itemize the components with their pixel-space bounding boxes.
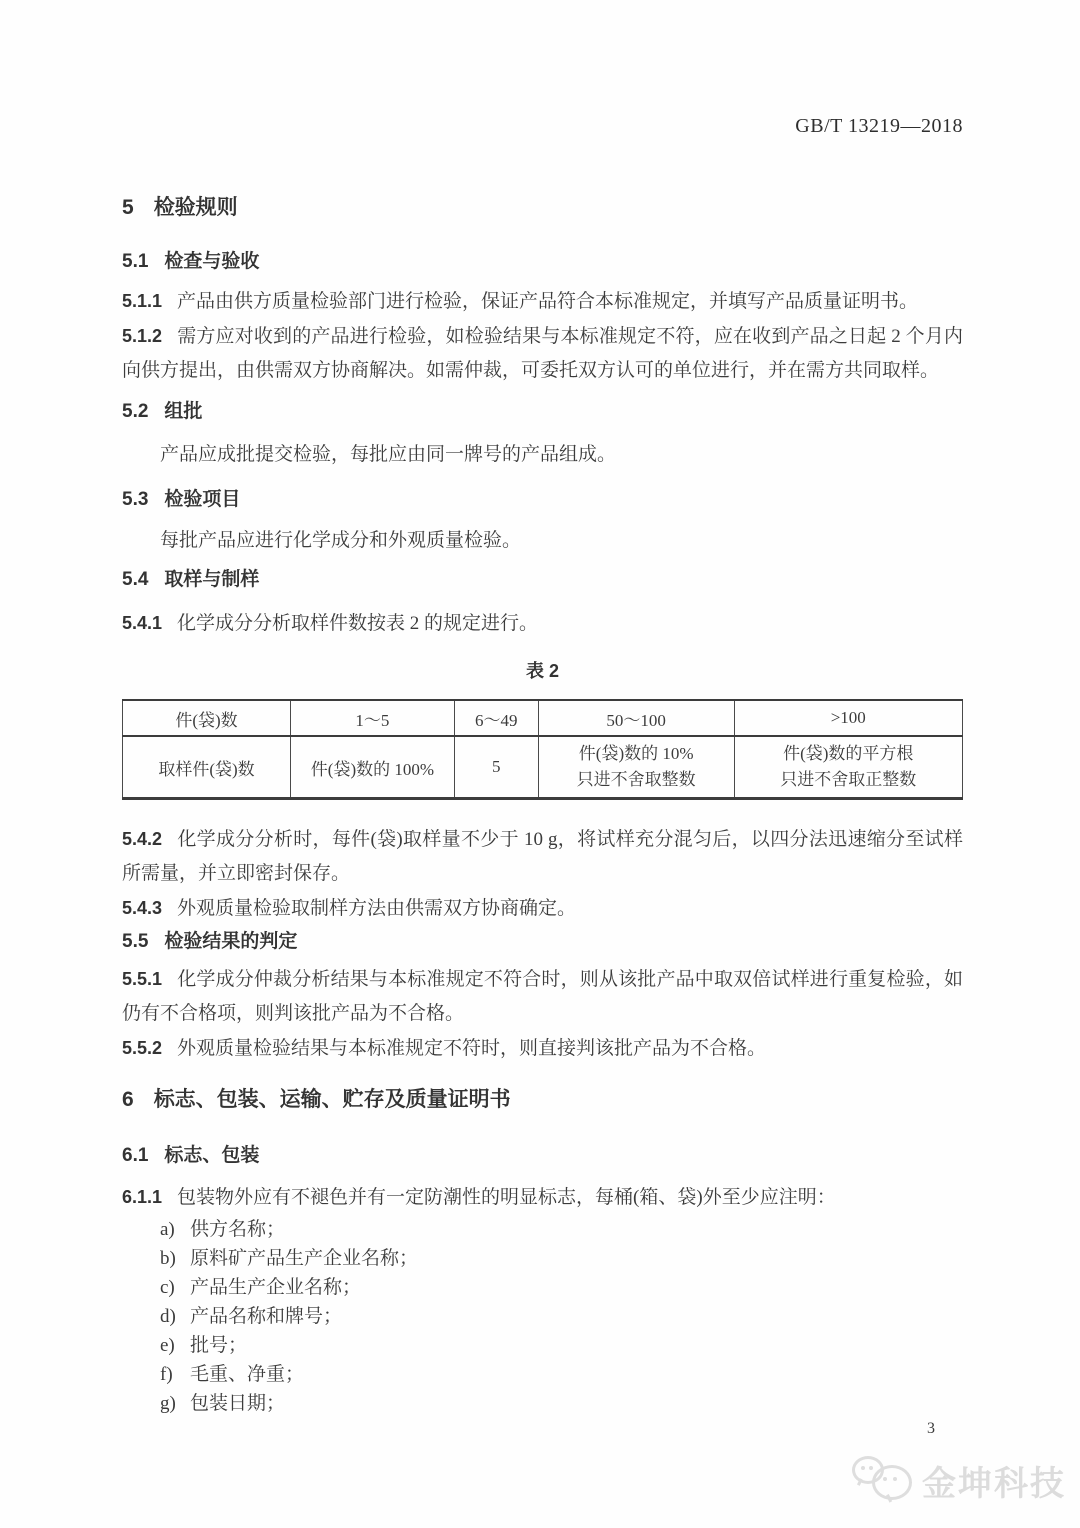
list-item: f)毛重、净重； [122,1360,963,1389]
document-page: GB/T 13219—2018 5检验规则 5.1检查与验收 5.1.1产品由供… [0,0,1080,1528]
watermark-brand-text: 金坤科技 [922,1456,1066,1505]
table-2-caption: 表 2 [122,657,963,683]
clause-text: 产品应成批提交检验，每批应由同一牌号的产品组成。 [160,444,616,465]
list-item: b)原料矿产品生产企业名称； [122,1244,963,1273]
list-item-marker: e) [160,1331,190,1360]
section-title: 取样与制样 [164,569,259,590]
table-header-cell: 件(袋)数 [123,700,291,736]
clause-number: 5.1.1 [122,291,162,311]
watermark: 金坤科技 [850,1454,1066,1506]
clause-number: 6.1.1 [122,1187,162,1207]
section-title: 标志、包装 [164,1145,259,1166]
list-item: g)包装日期； [122,1389,963,1418]
table-2: 件(袋)数 1～5 6～49 50～100 >100 取样件(袋)数 件(袋)数… [122,699,963,800]
list-item-marker: a) [160,1215,190,1244]
clause-number: 5.4.2 [122,829,162,849]
list-item: a)供方名称； [122,1215,963,1244]
clause-text: 化学成分分析取样件数按表 2 的规定进行。 [177,613,538,634]
paragraph-5-5-2: 5.5.2外观质量检验结果与本标准规定不符时，则直接判该批产品为不合格。 [122,1031,963,1066]
table-2-data-row: 取样件(袋)数 件(袋)数的 100% 5 件(袋)数的 10% 只进不舍取整数… [123,736,963,799]
paragraph-5-5-1: 5.5.1化学成分仲裁分析结果与本标准规定不符合时，则从该批产品中取双倍试样进行… [122,962,963,1031]
paragraph-5-2: 产品应成批提交检验，每批应由同一牌号的产品组成。 [122,438,963,472]
list-item-marker: c) [160,1273,190,1302]
clause-text: 化学成分分析时，每件(袋)取样量不少于 10 g，将试样充分混匀后，以四分法迅速… [122,829,963,884]
table-cell: 件(袋)数的 10% 只进不舍取整数 [538,736,734,799]
section-title: 检验项目 [164,489,240,510]
table-header-cell: 50～100 [538,700,734,736]
list-item-text: 原料矿产品生产企业名称； [190,1248,418,1269]
list-item-text: 批号； [190,1335,247,1356]
section-number: 5.1 [122,251,148,272]
list-item-text: 供方名称； [190,1219,285,1240]
list-item: e)批号； [122,1331,963,1360]
section-number: 6 [122,1088,134,1111]
paragraph-5-1-1: 5.1.1产品由供方质量检验部门进行检验，保证产品符合本标准规定，并填写产品质量… [122,284,963,319]
section-title: 检查与验收 [164,251,259,272]
clause-text: 包装物外应有不褪色并有一定防潮性的明显标志，每桶(箱、袋)外至少应注明： [177,1187,836,1208]
paragraph-5-4-3: 5.4.3外观质量检验取制样方法由供需双方协商确定。 [122,891,963,926]
chat-bubble-big [872,1465,912,1500]
table-cell: 件(袋)数的平方根 只进不舍取正整数 [734,736,962,799]
section-5-3-heading: 5.3检验项目 [122,488,963,512]
table-cell: 件(袋)数的 100% [291,736,455,799]
paragraph-5-4-1: 5.4.1化学成分分析取样件数按表 2 的规定进行。 [122,606,963,641]
section-title: 组批 [164,401,202,422]
page-number: 3 [122,1420,963,1438]
paragraph-6-1-1: 6.1.1包装物外应有不褪色并有一定防潮性的明显标志，每桶(箱、袋)外至少应注明… [122,1180,963,1215]
section-5-2-heading: 5.2组批 [122,400,963,424]
list-item-text: 毛重、净重； [190,1364,304,1385]
table-2-header-row: 件(袋)数 1～5 6～49 50～100 >100 [123,700,963,736]
section-6-1-heading: 6.1标志、包装 [122,1144,963,1168]
section-number: 6.1 [122,1145,148,1166]
clause-number: 5.5.2 [122,1038,162,1058]
section-title: 标志、包装、运输、贮存及质量证明书 [154,1088,511,1111]
list-item-marker: f) [160,1360,190,1389]
paragraph-5-1-2: 5.1.2需方应对收到的产品进行检验，如检验结果与本标准规定不符，应在收到产品之… [122,319,963,388]
paragraph-5-4-2: 5.4.2化学成分分析时，每件(袋)取样量不少于 10 g，将试样充分混匀后，以… [122,822,963,891]
table-cell-line: 件(袋)数的平方根 [739,741,958,767]
clause-text: 化学成分仲裁分析结果与本标准规定不符合时，则从该批产品中取双倍试样进行重复检验，… [122,969,963,1024]
clause-number: 5.1.2 [122,326,162,346]
table-cell-line: 件(袋)数的 10% [543,741,730,767]
table-header-cell: >100 [734,700,962,736]
marking-requirements-list: a)供方名称； b)原料矿产品生产企业名称； c)产品生产企业名称； d)产品名… [122,1215,963,1418]
list-item-marker: d) [160,1302,190,1331]
list-item-text: 产品生产企业名称； [190,1277,361,1298]
wechat-icon [850,1454,916,1506]
table-cell-line: 只进不舍取整数 [543,767,730,793]
table-cell-line: 只进不舍取正整数 [739,767,958,793]
list-item: c)产品生产企业名称； [122,1273,963,1302]
list-item-marker: b) [160,1244,190,1273]
paragraph-5-3: 每批产品应进行化学成分和外观质量检验。 [122,524,963,558]
clause-number: 5.4.3 [122,898,162,918]
section-number: 5.5 [122,931,148,952]
list-item-text: 包装日期； [190,1393,285,1414]
section-number: 5 [122,196,134,219]
table-header-cell: 1～5 [291,700,455,736]
clause-text: 每批产品应进行化学成分和外观质量检验。 [160,530,521,551]
table-row-label: 取样件(袋)数 [123,736,291,799]
clause-text: 产品由供方质量检验部门进行检验，保证产品符合本标准规定，并填写产品质量证明书。 [177,291,918,312]
section-5-5-heading: 5.5检验结果的判定 [122,930,963,954]
section-5-4-heading: 5.4取样与制样 [122,568,963,592]
section-number: 5.2 [122,401,148,422]
clause-number: 5.4.1 [122,613,162,633]
table-header-cell: 6～49 [454,700,538,736]
section-title: 检验规则 [154,196,238,219]
section-5-heading: 5检验规则 [122,196,963,220]
section-6-heading: 6标志、包装、运输、贮存及质量证明书 [122,1088,963,1112]
table-cell: 5 [454,736,538,799]
clause-text: 外观质量检验取制样方法由供需双方协商确定。 [177,898,576,919]
list-item-marker: g) [160,1389,190,1418]
list-item: d)产品名称和牌号； [122,1302,963,1331]
clause-text: 外观质量检验结果与本标准规定不符时，则直接判该批产品为不合格。 [177,1038,766,1059]
section-number: 5.3 [122,489,148,510]
standard-code: GB/T 13219—2018 [122,114,963,138]
list-item-text: 产品名称和牌号； [190,1306,342,1327]
clause-number: 5.5.1 [122,969,162,989]
section-title: 检验结果的判定 [164,931,297,952]
section-number: 5.4 [122,569,148,590]
section-5-1-heading: 5.1检查与验收 [122,250,963,274]
clause-text: 需方应对收到的产品进行检验，如检验结果与本标准规定不符，应在收到产品之日起 2 … [122,326,963,381]
